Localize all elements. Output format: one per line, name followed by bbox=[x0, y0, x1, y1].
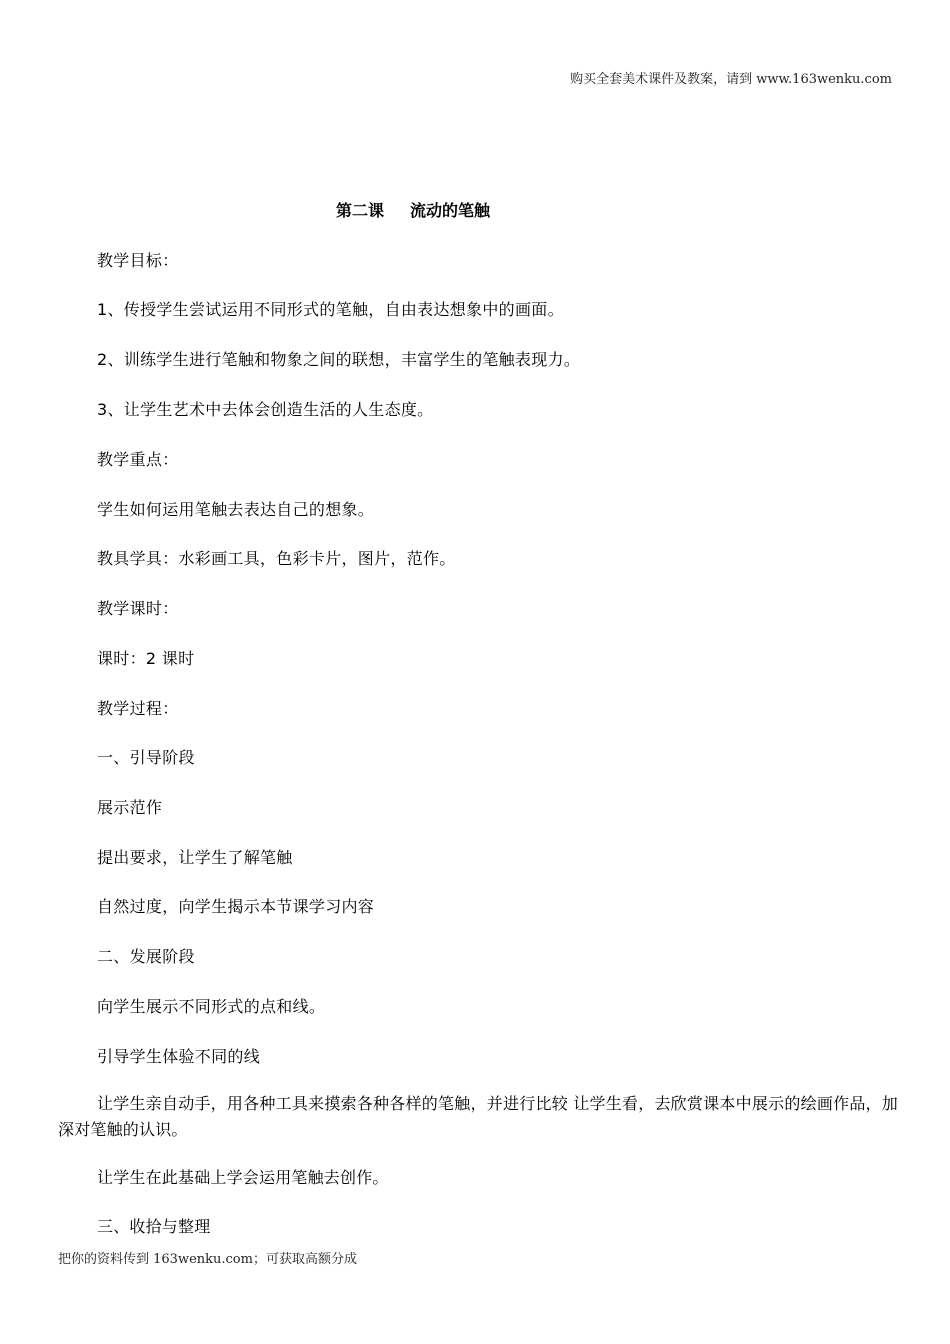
section-heading: 二、发展阶段 bbox=[97, 944, 195, 967]
process-paragraph: 让学生亲自动手，用各种工具来摸索各种各样的笔触，并进行比较 让学生看，去欣赏课本… bbox=[58, 1091, 898, 1143]
section-heading: 一、引导阶段 bbox=[97, 745, 195, 768]
objective-item: 2、训练学生进行笔触和物象之间的联想，丰富学生的笔触表现力。 bbox=[97, 347, 580, 370]
objective-item: 1、传授学生尝试运用不同形式的笔触，自由表达想象中的画面。 bbox=[97, 297, 564, 320]
process-step: 展示范作 bbox=[97, 795, 162, 818]
lesson-name: 流动的笔触 bbox=[410, 198, 490, 221]
section-heading: 三、收拾与整理 bbox=[58, 1214, 898, 1240]
heading-process: 教学过程： bbox=[97, 696, 179, 719]
footer-watermark: 把你的资料传到 163wenku.com；可获取高额分成 bbox=[58, 1248, 357, 1267]
lesson-number: 第二课 bbox=[336, 198, 384, 221]
class-hours-text: 课时：2 课时 bbox=[97, 646, 194, 669]
process-step: 提出要求，让学生了解笔触 bbox=[97, 845, 293, 868]
objective-item: 3、让学生艺术中去体会创造生活的人生态度。 bbox=[97, 397, 433, 420]
teaching-aids: 教具学具：水彩画工具，色彩卡片，图片，范作。 bbox=[97, 546, 456, 569]
heading-class-hours: 教学课时： bbox=[97, 596, 179, 619]
process-step: 自然过度，向学生揭示本节课学习内容 bbox=[97, 894, 374, 917]
heading-objectives: 教学目标： bbox=[97, 248, 179, 271]
process-paragraph: 让学生在此基础上学会运用笔触去创作。 bbox=[58, 1165, 898, 1191]
key-point-text: 学生如何运用笔触去表达自己的想象。 bbox=[97, 497, 374, 520]
process-step: 向学生展示不同形式的点和线。 bbox=[97, 994, 325, 1017]
heading-key-points: 教学重点： bbox=[97, 447, 179, 470]
header-watermark: 购买全套美术课件及教案，请到 www.163wenku.com bbox=[570, 68, 892, 87]
process-step: 引导学生体验不同的线 bbox=[97, 1044, 260, 1067]
